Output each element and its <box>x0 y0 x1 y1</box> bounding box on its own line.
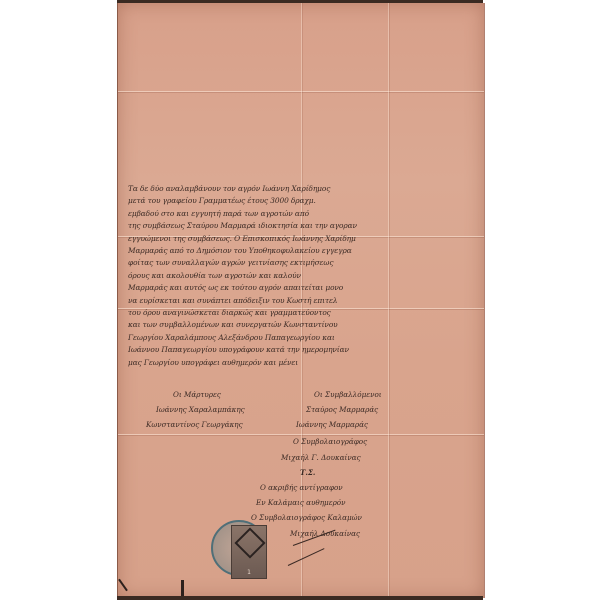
witnesses-header: Οι Μάρτυρες <box>173 390 221 399</box>
witness-signature: Ιωάννης Χαραλαμπάκης <box>156 405 245 414</box>
document-paper: Τα δε δύο αναλαμβάνουν τον αγρόν Ιωάννη … <box>117 3 485 598</box>
parties-header: Οι Συμβαλλόμενοι <box>314 390 382 399</box>
body-line: του όρου αναγινώσκεται διαρκώς και γραμμ… <box>128 307 480 319</box>
notary-initials: Τ.Σ. <box>300 468 315 477</box>
ink-mark <box>181 580 184 596</box>
copy-attestation-line: Ο Συμβολαιογράφος Καλαμών <box>251 513 362 522</box>
body-line: της συμβάσεως Σταύρου Μαρμαρά ιδιοκτησία… <box>128 220 480 232</box>
ink-mark <box>118 579 128 592</box>
notary-header: Ο Συμβολαιογράφος <box>293 437 367 446</box>
witness-signature: Κωνσταντίνος Γεωργάκης <box>146 420 243 429</box>
copy-attestation-line: Ο ακριβής αντίγραφον <box>260 483 343 492</box>
body-line: Μαρμαράς και αυτός ως εκ τούτου αγρόν απ… <box>128 282 480 294</box>
body-line: Γεωργίου Χαραλάμπους Αλεξάνδρου Παπαγεωρ… <box>128 332 480 344</box>
body-line: φοίτας των συναλλαγών αγρών γειτνίασης ε… <box>128 257 480 269</box>
body-line: μας Γεωργίου υπογράφει αυθημερόν και μέν… <box>128 357 480 369</box>
revenue-stamp: 1 <box>231 525 267 579</box>
body-line: όρους και ακολουθία των αγροτών και καλο… <box>128 270 480 282</box>
body-line: Μαρμαράς από το Δημόσιον του Υποθηκοφυλα… <box>128 245 480 257</box>
body-line: εγγυώμενοι της συμβάσεως. Ο Επισκοπικός … <box>128 233 480 245</box>
stamp-cancel-mark-icon <box>234 527 265 558</box>
copy-attestation-line: Εν Καλάμαις αυθημερόν <box>256 498 346 507</box>
body-line: και των συμβαλλομένων και συνεργατών Κων… <box>128 319 480 331</box>
body-line: Ιωάννου Παπαγεωργίου υπογράφουν κατά την… <box>128 344 480 356</box>
notary-signature: Μιχαήλ Γ. Δουκαίνας <box>281 453 361 462</box>
document-body-text: Τα δε δύο αναλαμβάνουν τον αγρόν Ιωάννη … <box>128 183 480 369</box>
body-line: Τα δε δύο αναλαμβάνουν τον αγρόν Ιωάννη … <box>128 183 480 195</box>
body-line: μετά του γραφείου Γραμματέως έτους 3000 … <box>128 195 480 207</box>
stamp-value: 1 <box>232 569 266 576</box>
body-line: να ευρίσκεται και συνάπτει απόδειξιν του… <box>128 295 480 307</box>
signature-flourish <box>288 548 325 566</box>
party-signature: Ιωάννης Μαρμαράς <box>296 420 368 429</box>
party-signature: Σταύρος Μαρμαράς <box>306 405 378 414</box>
body-line: εμβαδού στο και εγγυητή παρά των αγροτών… <box>128 208 480 220</box>
paper-bottom-edge <box>117 596 483 600</box>
